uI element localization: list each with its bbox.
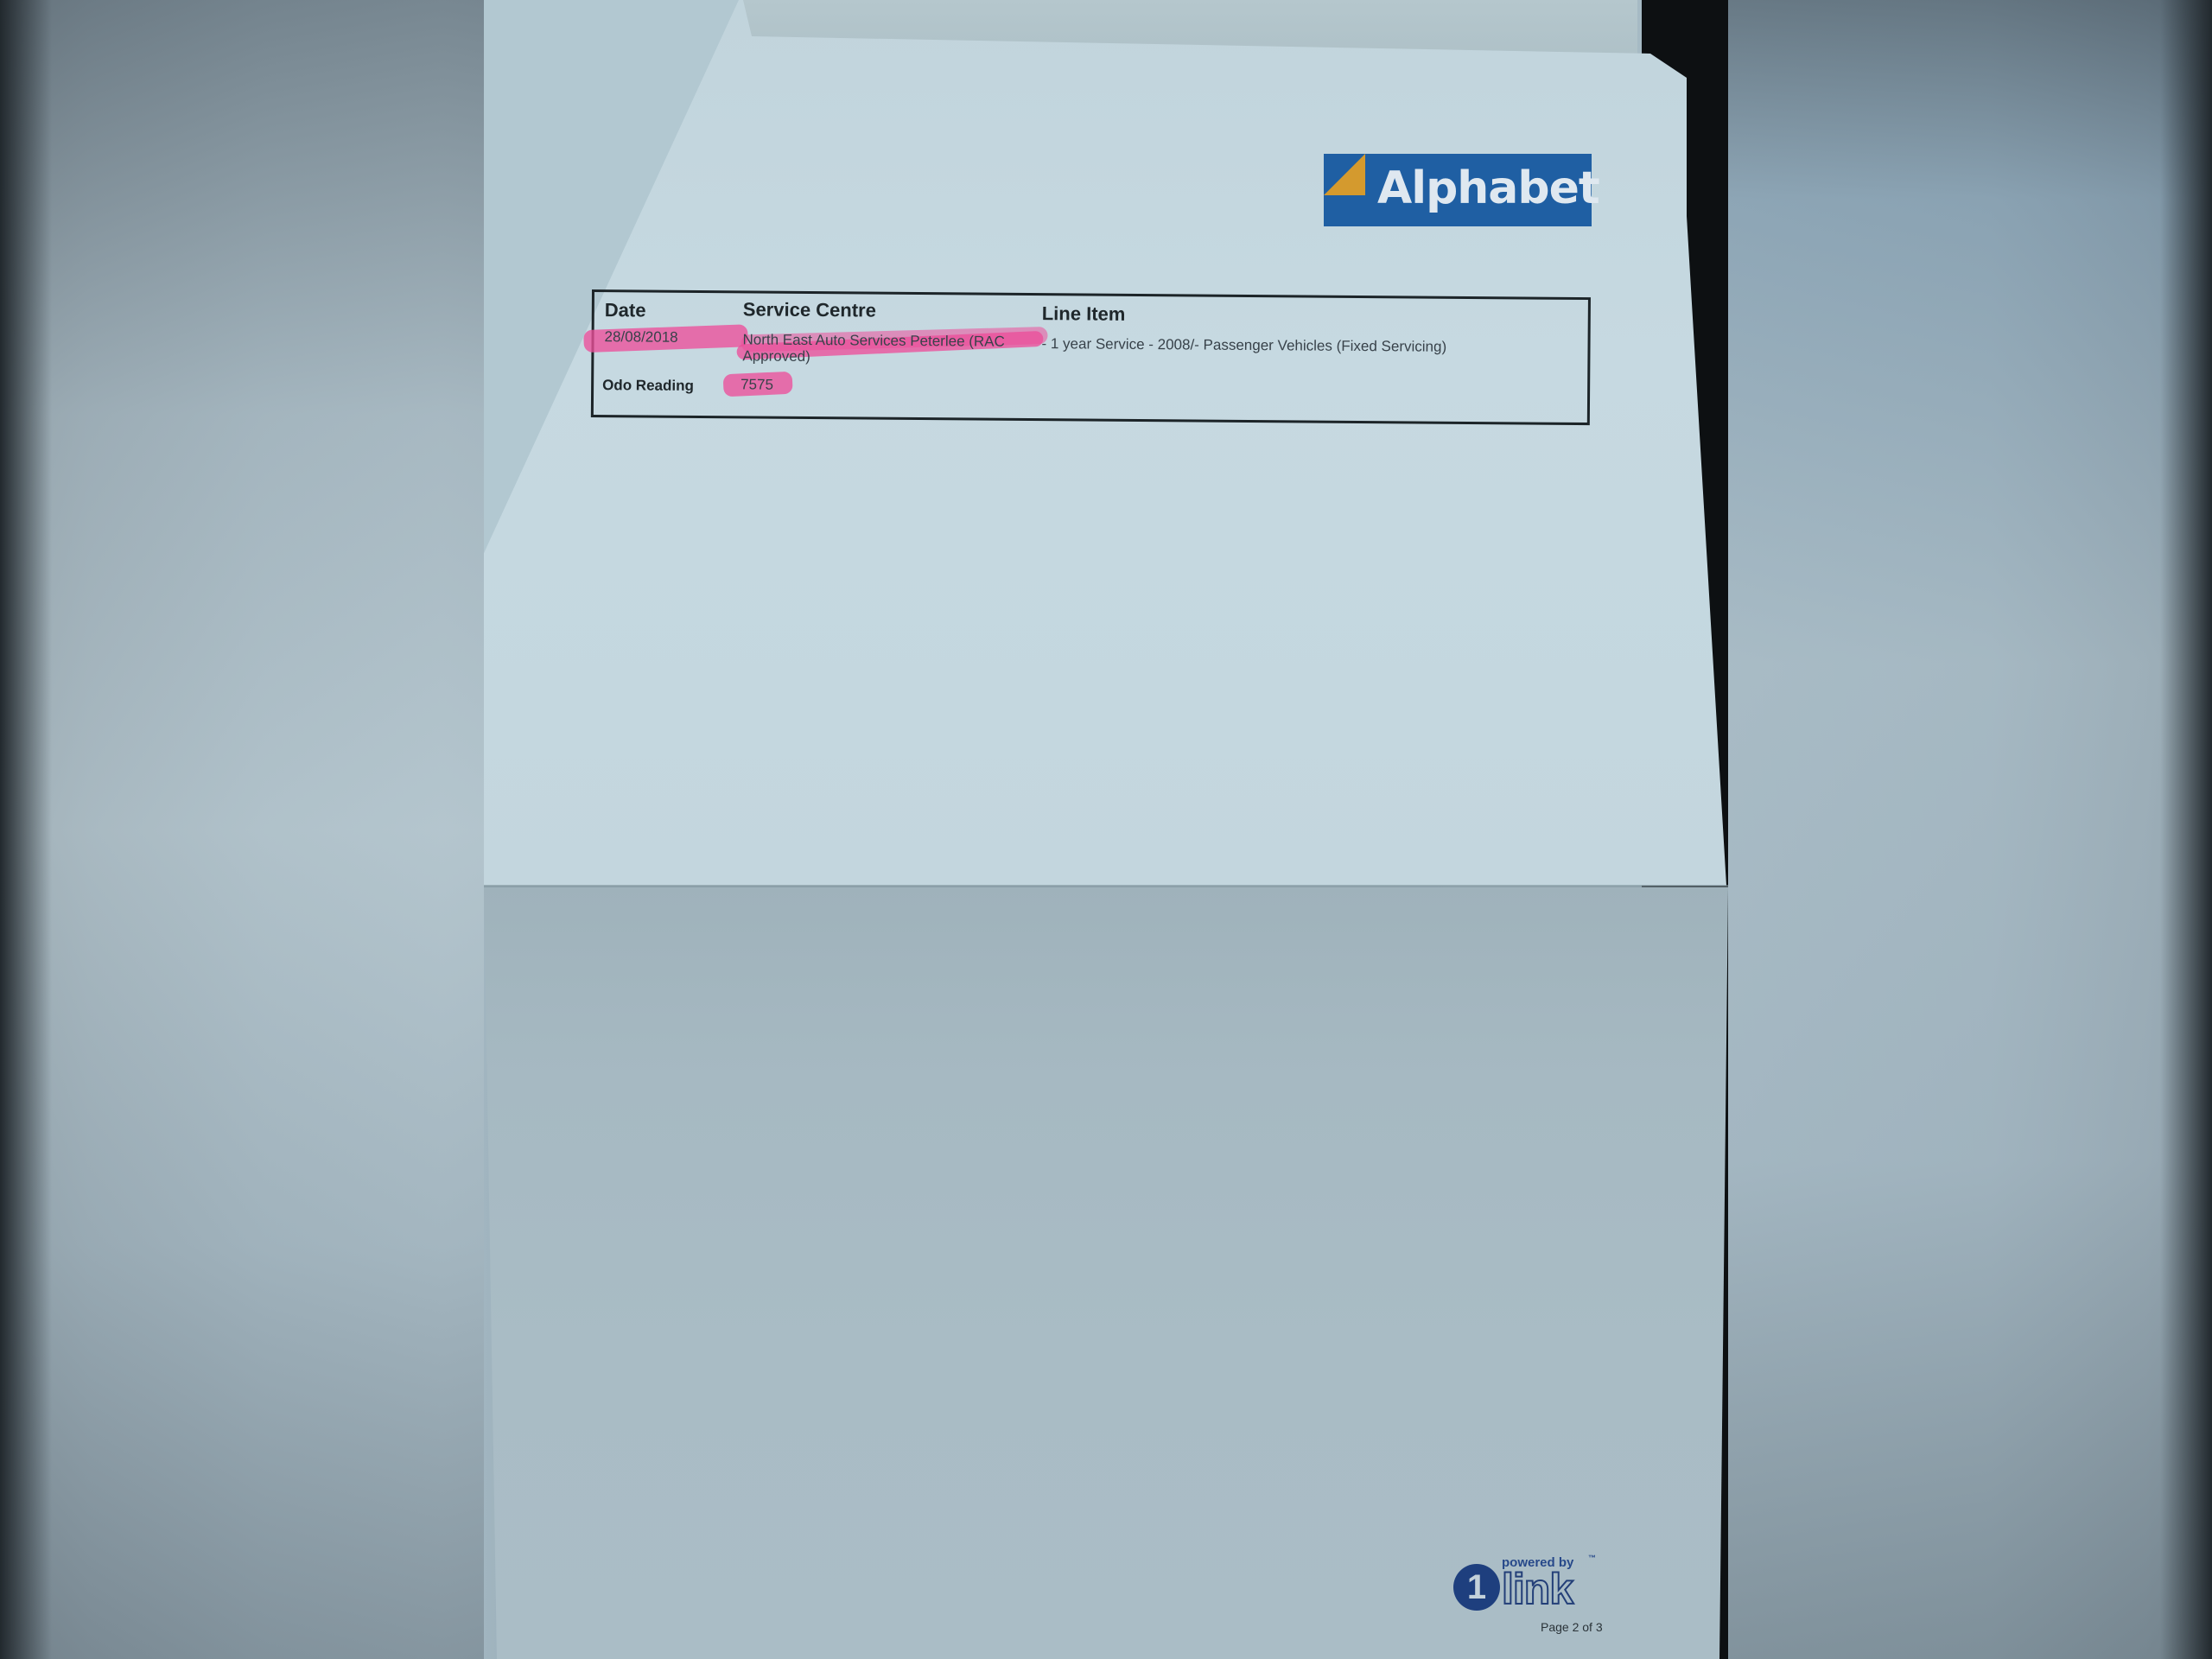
document-page-bottom — [484, 886, 1728, 1659]
header-service-centre: Service Centre — [743, 298, 876, 321]
vignette-left — [0, 0, 52, 1659]
service-record-table: Date Service Centre Line Item 28/08/2018… — [591, 289, 1591, 425]
onelink-logo: 1 powered by ™ link — [1452, 1555, 1616, 1616]
trademark-symbol: ™ — [1588, 1554, 1596, 1562]
link-word: link — [1502, 1564, 1573, 1614]
background-right — [1728, 0, 2212, 1659]
line-item-value: - 1 year Service - 2008/- Passenger Vehi… — [1041, 335, 1446, 356]
alphabet-logo: Alphabet — [1324, 154, 1592, 226]
logo-text: Alphabet — [1377, 162, 1599, 214]
header-line-item: Line Item — [1042, 302, 1126, 326]
date-value: 28/08/2018 — [604, 328, 677, 346]
odo-value: 7575 — [741, 376, 773, 393]
vignette-right — [2160, 0, 2212, 1659]
logo-corner-fold-icon — [1324, 154, 1365, 195]
odo-label: Odo Reading — [602, 377, 694, 395]
service-centre-value-line2: Approved) — [742, 347, 810, 365]
page-number: Page 2 of 3 — [1541, 1620, 1603, 1634]
header-date: Date — [605, 299, 646, 321]
onelink-circle-icon: 1 — [1453, 1564, 1500, 1611]
paper-fold — [484, 885, 1728, 887]
background-left — [0, 0, 484, 1659]
